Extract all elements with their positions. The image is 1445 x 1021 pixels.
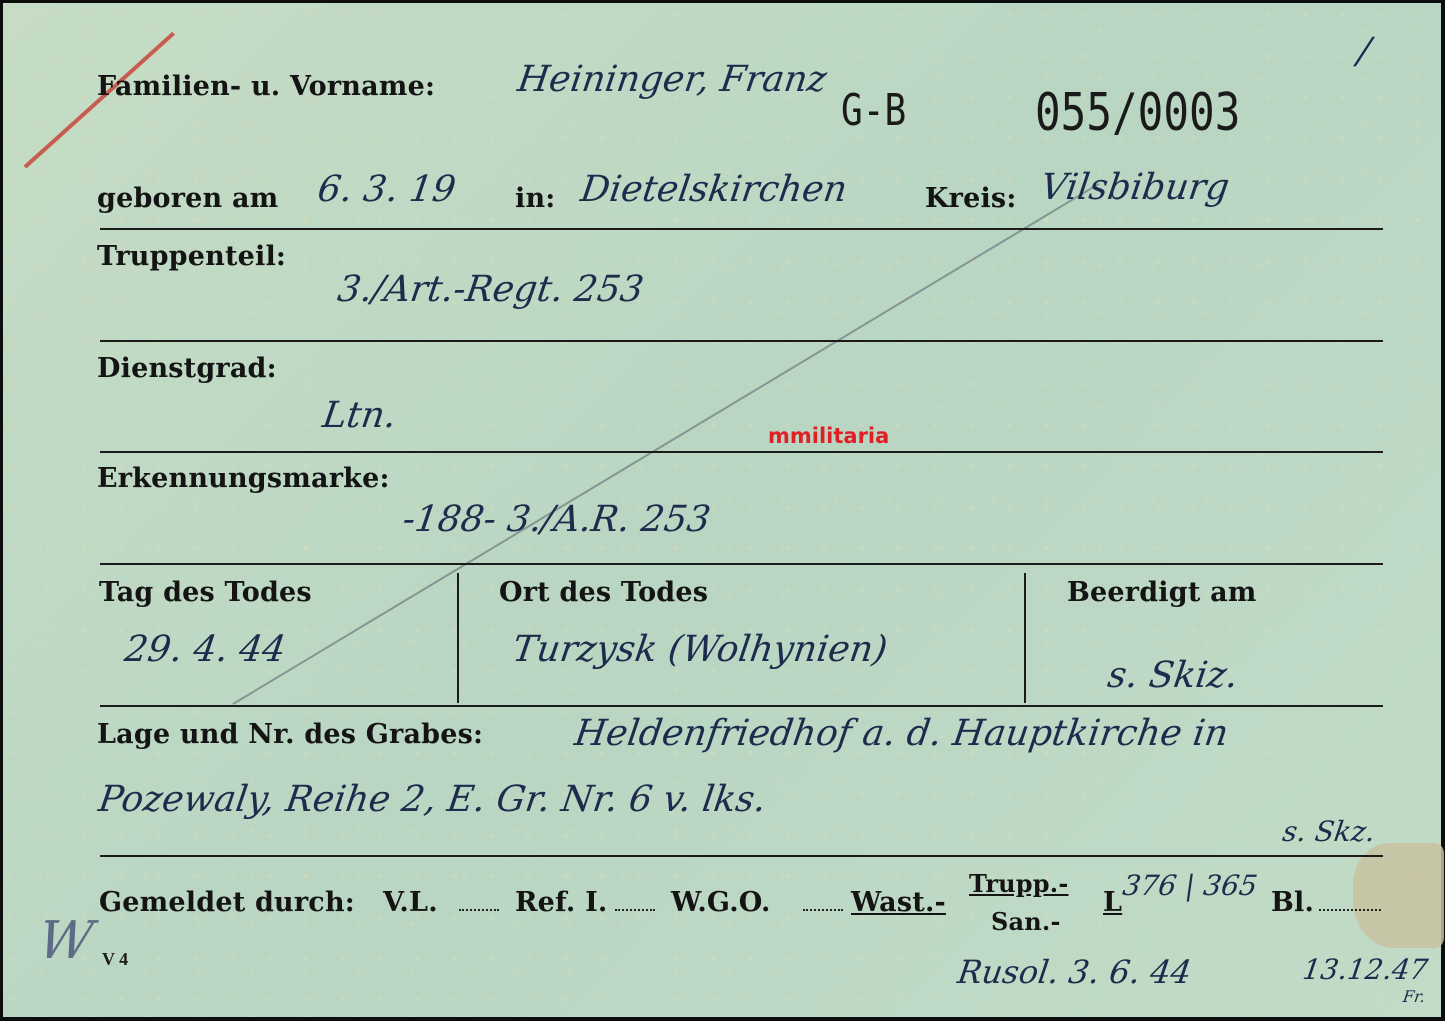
- reported-ref: Ref. I.: [515, 887, 608, 918]
- rank-label: Dienstgrad:: [97, 353, 277, 384]
- death-record-card: Familien- u. Vorname: Heininger, Franz G…: [3, 3, 1441, 1017]
- wgo-dots: [803, 909, 843, 911]
- initial-mark: W: [35, 911, 97, 971]
- buried-label: Beerdigt am: [1067, 577, 1257, 608]
- death-place-label: Ort des Todes: [499, 577, 708, 608]
- reported-vl: V.L.: [383, 887, 438, 918]
- reported-wast: Wast.-: [851, 887, 946, 918]
- pencil-diagonal-stroke: [232, 183, 1099, 705]
- column-divider-2: [1024, 573, 1026, 703]
- name-label: Familien- u. Vorname:: [97, 71, 435, 102]
- grave-label: Lage und Nr. des Grabes:: [97, 719, 483, 750]
- reported-wgo: W.G.O.: [671, 887, 771, 918]
- rule-1: [100, 228, 1383, 230]
- stamp-prefix: G-B: [841, 85, 906, 136]
- footer-note-2-sub: Fr.: [1402, 987, 1427, 1006]
- stamp-number: 055/0003: [1035, 83, 1240, 143]
- name-value: Heininger, Franz: [515, 59, 829, 100]
- rank-value: Ltn.: [320, 395, 399, 436]
- grave-note: s. Skz.: [1281, 815, 1378, 848]
- district-value: Vilsbiburg: [1038, 167, 1232, 208]
- reported-l-value: 376 | 365: [1121, 869, 1260, 902]
- grave-line-2: Pozewaly, Reihe 2, E. Gr. Nr. 6 v. lks.: [96, 779, 769, 820]
- district-label: Kreis:: [925, 183, 1017, 214]
- birthplace-value: Dietelskirchen: [578, 169, 850, 210]
- ref-dots: [615, 909, 655, 911]
- rule-5: [100, 705, 1383, 707]
- footer-note-1: Rusol. 3. 6. 44: [955, 953, 1193, 991]
- rule-4: [100, 563, 1383, 565]
- death-date-label: Tag des Todes: [99, 577, 312, 608]
- born-value: 6. 3. 19: [315, 169, 458, 210]
- column-divider-1: [457, 573, 459, 703]
- birthplace-label: in:: [515, 183, 555, 214]
- reported-san: San.-: [991, 907, 1061, 936]
- reported-l: L: [1103, 887, 1122, 918]
- watermark: mmilitaria: [768, 424, 889, 448]
- death-place-value: Turzysk (Wolhynien): [510, 629, 890, 670]
- reported-bl: Bl.: [1271, 887, 1314, 918]
- rule-3: [100, 451, 1383, 453]
- footer-note-2: 13.12.47: [1301, 953, 1430, 986]
- unit-label: Truppenteil:: [97, 241, 286, 272]
- form-code: V 4: [102, 949, 128, 970]
- born-label: geboren am: [97, 183, 278, 214]
- reported-label: Gemeldet durch:: [99, 887, 355, 918]
- buried-value: s. Skiz.: [1105, 655, 1241, 696]
- rule-6: [100, 855, 1383, 857]
- id-tag-value: -188- 3./A.R. 253: [400, 499, 713, 540]
- water-stain: [1353, 843, 1444, 948]
- corner-mark: /: [1355, 31, 1373, 72]
- rule-2: [100, 340, 1383, 342]
- bl-dots: [1319, 909, 1381, 911]
- vl-dots: [459, 909, 499, 911]
- id-tag-label: Erkennungsmarke:: [97, 463, 390, 494]
- unit-value: 3./Art.-Regt. 253: [335, 269, 646, 310]
- death-date-value: 29. 4. 44: [122, 629, 288, 670]
- reported-trupp: Trupp.-: [969, 869, 1069, 898]
- grave-line-1: Heldenfriedhof a. d. Hauptkirche in: [572, 713, 1231, 754]
